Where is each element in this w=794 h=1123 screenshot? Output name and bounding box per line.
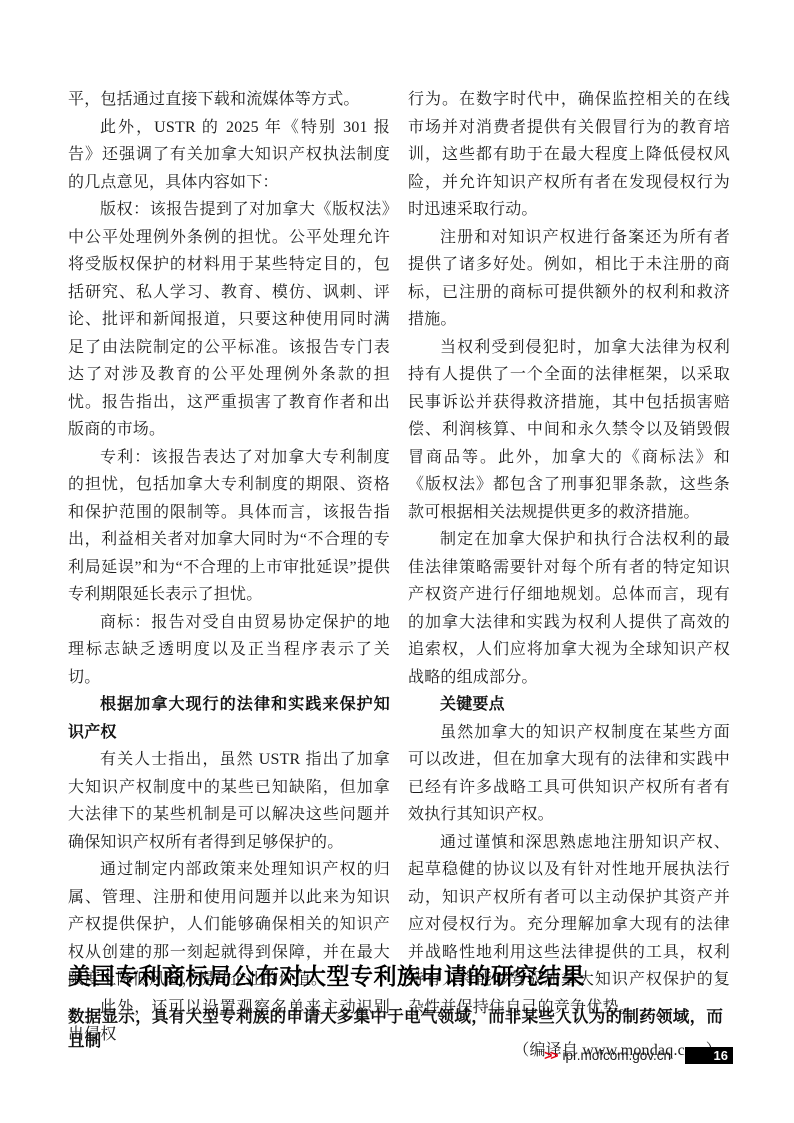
chevron-right-icon: >> xyxy=(544,1047,556,1064)
body-paragraph: 版权：该报告提到了对加拿大《版权法》中公平处理例外条例的担忧。公平处理允许将受版… xyxy=(68,196,390,444)
document-page: 平，包括通过直接下载和流媒体等方式。此外，USTR 的 2025 年《特别 30… xyxy=(0,0,794,1123)
next-article-header: 美国专利商标局公布对大型专利族申请的研究结果 数据显示，具有大型专利族的申请大多… xyxy=(68,958,730,1051)
body-paragraph: 虽然加拿大的知识产权制度在某些方面可以改进，但在加拿大现有的法律和实践中已经有许… xyxy=(408,719,730,829)
body-paragraph: 商标：报告对受自由贸易协定保护的地理标志缺乏透明度以及正当程序表示了关切。 xyxy=(68,609,390,692)
body-paragraph: 平，包括通过直接下载和流媒体等方式。 xyxy=(68,86,390,114)
section-subheading: 根据加拿大现行的法律和实践来保护知识产权 xyxy=(68,691,390,746)
page-footer: >> ipr.mofcom.gov.cn 16 xyxy=(544,1047,733,1064)
body-paragraph: 此外，USTR 的 2025 年《特别 301 报告》还强调了有关加拿大知识产权… xyxy=(68,114,390,197)
article-body: 平，包括通过直接下载和流媒体等方式。此外，USTR 的 2025 年《特别 30… xyxy=(68,86,730,1065)
next-article-title: 美国专利商标局公布对大型专利族申请的研究结果 xyxy=(68,958,730,991)
footer-url: ipr.mofcom.gov.cn xyxy=(562,1047,671,1064)
body-paragraph: 有关人士指出，虽然 USTR 指出了加拿大知识产权制度中的某些已知缺陷，但加拿大… xyxy=(68,746,390,856)
body-paragraph: 专利：该报告表达了对加拿大专利制度的担忧，包括加拿大专利制度的期限、资格和保护范… xyxy=(68,444,390,609)
body-paragraph: 制定在加拿大保护和执行合法权利的最佳法律策略需要针对每个所有者的特定知识产权资产… xyxy=(408,526,730,691)
body-paragraph: 注册和对知识产权进行备案还为所有者提供了诸多好处。例如，相比于未注册的商标，已注… xyxy=(408,224,730,334)
body-paragraph: 行为。在数字时代中，确保监控相关的在线市场并对消费者提供有关假冒行为的教育培训，… xyxy=(408,86,730,224)
next-article-subtitle: 数据显示，具有大型专利族的申请大多集中于电气领域，而非某些人认为的制药领域，而且… xyxy=(68,1003,730,1051)
section-subheading: 关键要点 xyxy=(408,691,730,719)
right-column: 行为。在数字时代中，确保监控相关的在线市场并对消费者提供有关假冒行为的教育培训，… xyxy=(408,86,730,1065)
body-paragraph: 当权利受到侵犯时，加拿大法律为权利持有人提供了一个全面的法律框架，以采取民事诉讼… xyxy=(408,334,730,527)
page-number-badge: 16 xyxy=(685,1047,733,1064)
left-column: 平，包括通过直接下载和流媒体等方式。此外，USTR 的 2025 年《特别 30… xyxy=(68,86,390,1065)
